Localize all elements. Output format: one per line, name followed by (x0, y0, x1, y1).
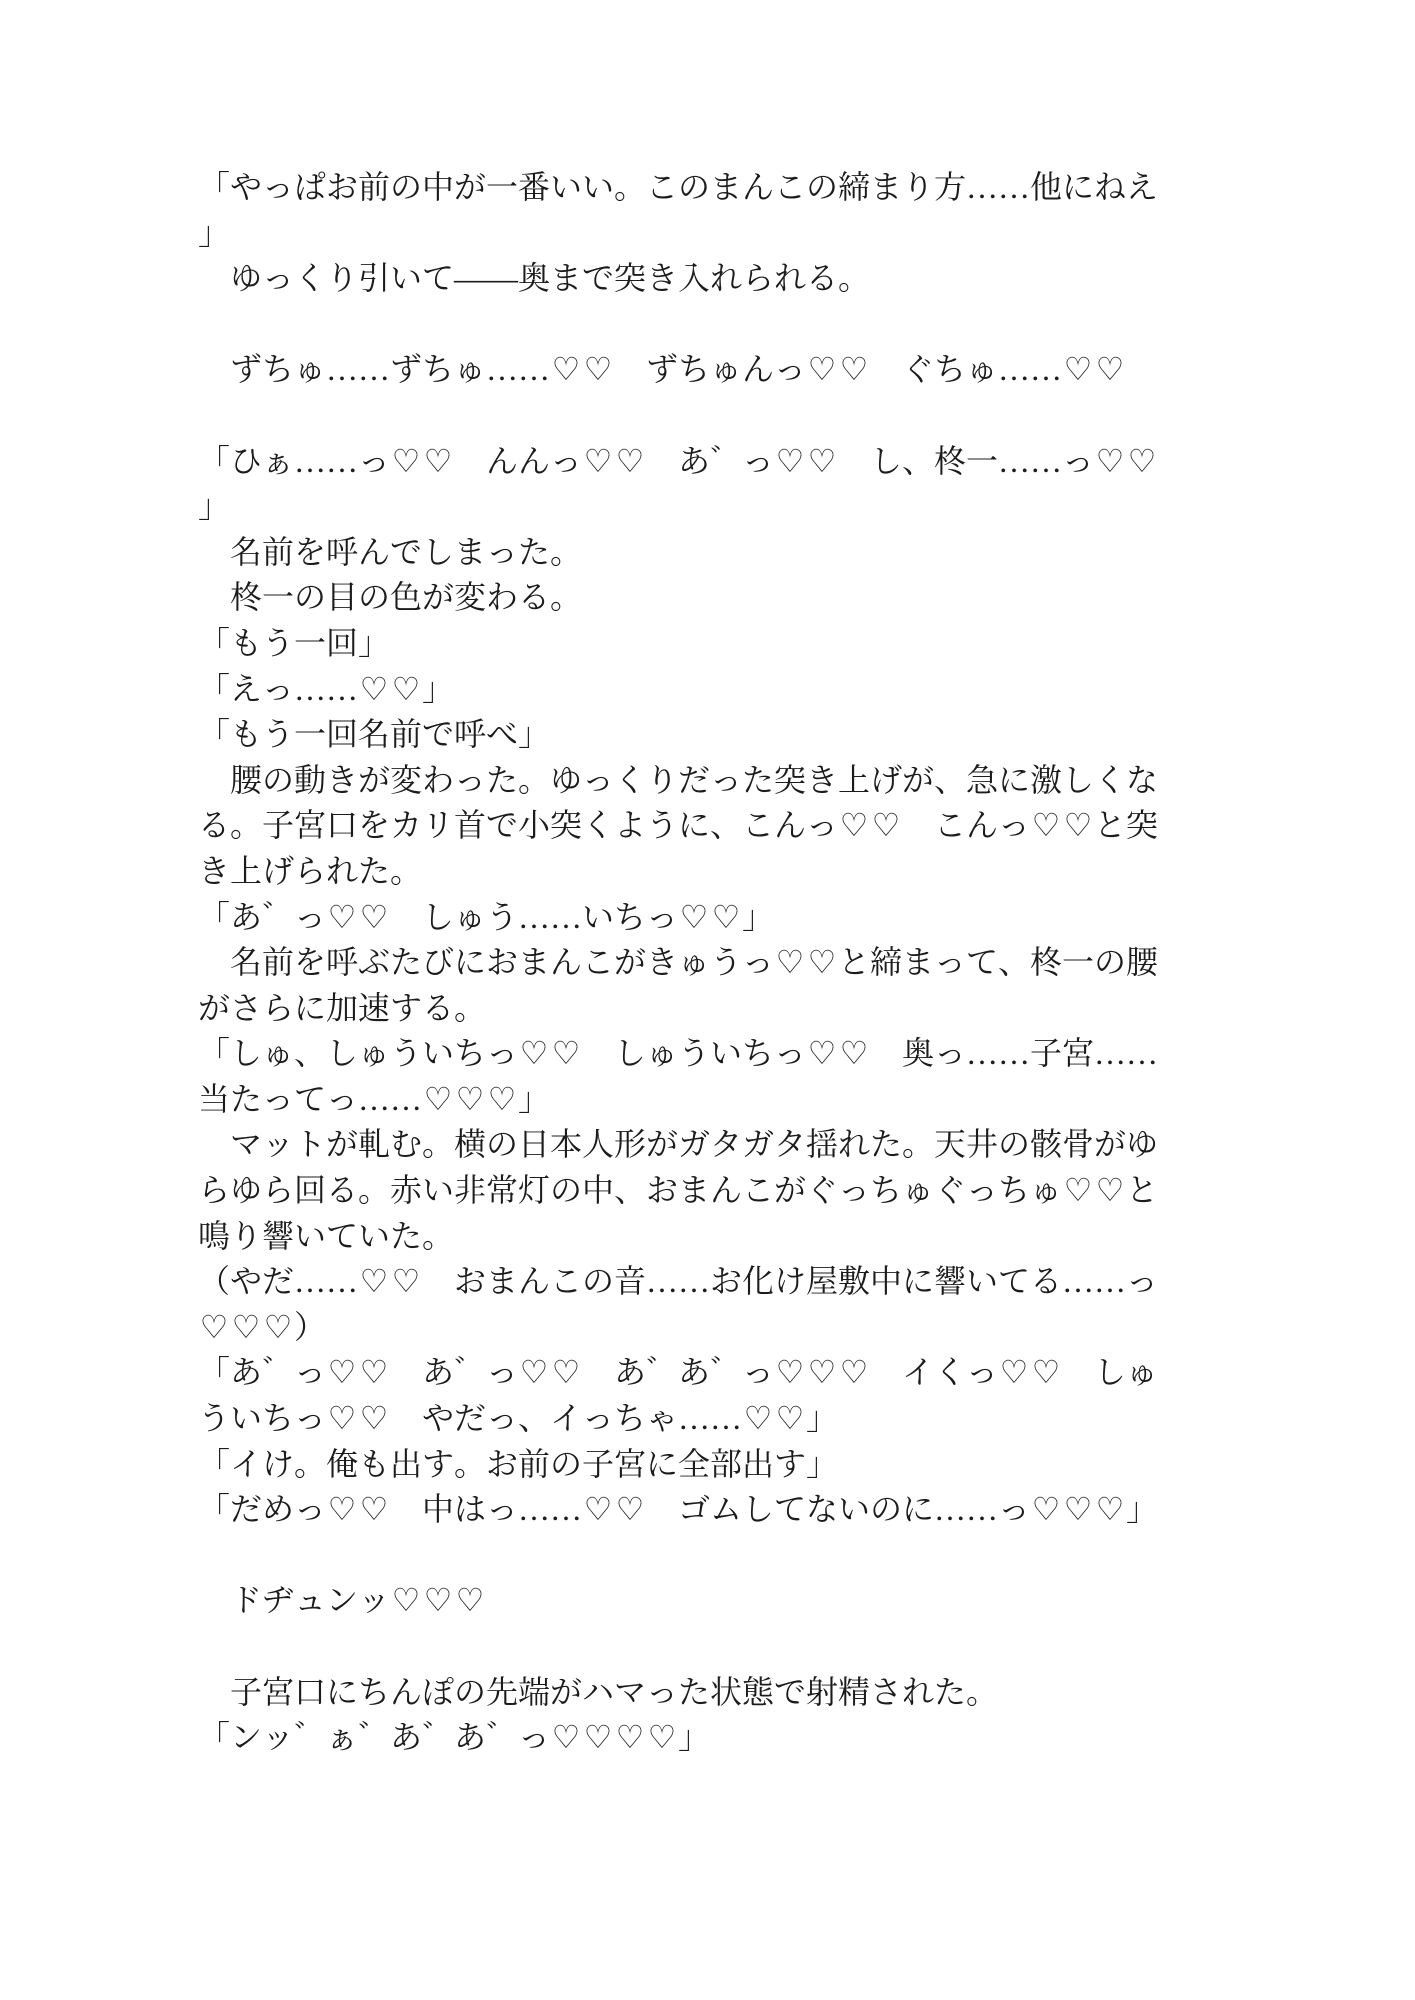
text-line: ういちっ♡♡やだっ、イっちゃ……♡♡」 (198, 1396, 1198, 1442)
text-line: マットが軋む。横の日本人形がガタガタ揺れた。天井の骸骨がゆ (198, 1122, 1198, 1168)
text-line: ドヂュンッ♡♡♡ (198, 1578, 1198, 1624)
text-line: らゆら回る。赤い非常灯の中、おまんこがぐっちゅぐっちゅ♡♡と (198, 1168, 1198, 1214)
text-line: 」 (198, 211, 1198, 257)
text-line: 「やっぱお前の中が一番いい。このまんこの締まり方……他にねえ (198, 165, 1198, 211)
text-line: 「もう一回名前で呼べ」 (198, 712, 1198, 758)
text-line: 当たってっ……♡♡♡」 (198, 1077, 1198, 1123)
text-line: 「もう一回」 (198, 621, 1198, 667)
text-line: 「イけ。俺も出す。お前の子宮に全部出す」 (198, 1442, 1198, 1488)
text-line: 名前を呼ぶたびにおまんこがきゅうっ♡♡と締まって、柊一の腰 (198, 940, 1198, 986)
text-line: 」 (198, 484, 1198, 530)
text-line: （やだ……♡♡おまんこの音……お化け屋敷中に響いてる……っ (198, 1259, 1198, 1305)
text-line: 「ンッ゛ぁ゛あ゛あ゛っ♡♡♡♡」 (198, 1715, 1198, 1761)
text-line: 「しゅ、しゅういちっ♡♡しゅういちっ♡♡奥っ……子宮…… (198, 1031, 1198, 1077)
blank-line (198, 302, 1198, 348)
blank-line (198, 1624, 1198, 1670)
text-line: 「だめっ♡♡中はっ……♡♡ゴムしてないのに……っ♡♡♡」 (198, 1487, 1198, 1533)
text-line: き上げられた。 (198, 849, 1198, 895)
text-line: 「えっ……♡♡」 (198, 667, 1198, 713)
novel-page: 「やっぱお前の中が一番いい。このまんこの締まり方……他にねえ」ゆっくり引いて——… (0, 0, 1415, 2000)
text-line: ずちゅ……ずちゅ……♡♡ずちゅんっ♡♡ぐちゅ……♡♡ (198, 347, 1198, 393)
blank-line (198, 1533, 1198, 1579)
text-line: 「あ゛っ♡♡しゅう……いちっ♡♡」 (198, 895, 1198, 941)
text-line: 名前を呼んでしまった。 (198, 530, 1198, 576)
text-line: る。子宮口をカリ首で小突くように、こんっ♡♡こんっ♡♡と突 (198, 803, 1198, 849)
text-line: 腰の動きが変わった。ゆっくりだった突き上げが、急に激しくな (198, 758, 1198, 804)
blank-line (198, 393, 1198, 439)
text-line: ゆっくり引いて——奥まで突き入れられる。 (198, 256, 1198, 302)
text-line: 鳴り響いていた。 (198, 1214, 1198, 1260)
text-line: 「あ゛っ♡♡あ゛っ♡♡あ゛あ゛っ♡♡♡イくっ♡♡しゅ (198, 1350, 1198, 1396)
text-line: ♡♡♡） (198, 1305, 1198, 1351)
text-line: 柊一の目の色が変わる。 (198, 575, 1198, 621)
text-line: がさらに加速する。 (198, 986, 1198, 1032)
page-text: 「やっぱお前の中が一番いい。このまんこの締まり方……他にねえ」ゆっくり引いて——… (198, 165, 1198, 1761)
text-line: 子宮口にちんぽの先端がハマった状態で射精された。 (198, 1670, 1198, 1716)
text-line: 「ひぁ……っ♡♡んんっ♡♡あ゛っ♡♡し、柊一……っ♡♡ (198, 439, 1198, 485)
